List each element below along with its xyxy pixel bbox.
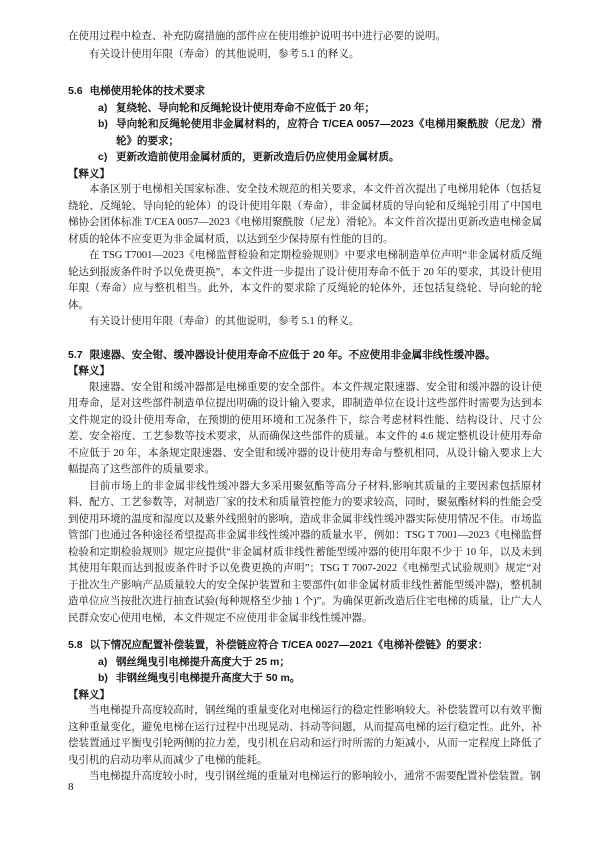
- item-label: b): [98, 670, 116, 687]
- clause-5-7-heading: 5.7限速器、安全钳、缓冲器设计使用寿命不应低于 20 年。不应使用非金属非线性…: [68, 347, 542, 364]
- item-text: 非钢丝绳曳引电梯提升高度大于 50 m。: [116, 670, 542, 687]
- clause-5-6-number: 5.6: [68, 83, 83, 100]
- clause-5-6-list: a) 复绕轮、导向轮和反绳轮设计使用寿命不应低于 20 年； b) 导向轮和反绳…: [68, 100, 542, 166]
- clause-5-6-title: 电梯使用轮体的技术要求: [90, 85, 206, 97]
- clause-5-7-interpretation-paragraph: 限速器、安全钳和缓冲器都是电梯重要的安全部件。本文件规定限速器、安全钳和缓冲器的…: [68, 380, 542, 479]
- item-text: 复绕轮、导向轮和反绳轮设计使用寿命不应低于 20 年；: [116, 100, 542, 117]
- item-text: 更新改造前使用金属材质的，更新改造后仍应使用金属材质。: [116, 149, 542, 166]
- clause-5-6-interpretation-label: 【释义】: [68, 166, 542, 183]
- clause-5-6-item-a: a) 复绕轮、导向轮和反绳轮设计使用寿命不应低于 20 年；: [68, 100, 542, 117]
- clause-5-8-interpretation-label: 【释义】: [68, 687, 542, 704]
- clause-5-8-interpretation-paragraph: 当电梯提升高度较小时，曳引钢丝绳的重量对电梯运行的影响较小，通常不需要配置补偿装…: [68, 769, 542, 786]
- clause-5-7: 5.7限速器、安全钳、缓冲器设计使用寿命不应低于 20 年。不应使用非金属非线性…: [68, 347, 542, 628]
- item-label: a): [98, 100, 116, 117]
- item-label: b): [98, 116, 116, 149]
- clause-5-8-heading: 5.8以下情况应配置补偿装置，补偿链应符合 T/CEA 0027—2021《电梯…: [68, 637, 542, 654]
- page-content: 在使用过程中检查、补充防腐措施的部件应在使用维护说明书中进行必要的说明。 有关设…: [68, 28, 542, 786]
- clause-5-8: 5.8以下情况应配置补偿装置，补偿链应符合 T/CEA 0027—2021《电梯…: [68, 637, 542, 786]
- clause-5-8-list: a) 钢丝绳曳引电梯提升高度大于 25 m； b) 非钢丝绳曳引电梯提升高度大于…: [68, 654, 542, 687]
- clause-5-7-title: 限速器、安全钳、缓冲器设计使用寿命不应低于 20 年。不应使用非金属非线性缓冲器…: [90, 349, 496, 361]
- clause-5-6-interpretation-paragraph: 本条区别于电梯相关国家标准、安全技术规范的相关要求，本文件首次提出了电梯用轮体（…: [68, 182, 542, 248]
- intro-block: 在使用过程中检查、补充防腐措施的部件应在使用维护说明书中进行必要的说明。 有关设…: [68, 28, 542, 63]
- clause-5-7-interpretation-paragraph: 目前市场上的非金属非线性缓冲器大多采用聚氨酯等高分子材料,影响其质量的主要因素包…: [68, 479, 542, 628]
- clause-5-8-item-b: b) 非钢丝绳曳引电梯提升高度大于 50 m。: [68, 670, 542, 687]
- intro-note-text: 有关设计使用年限（寿命）的其他说明，参考 5.1 的释义。: [68, 46, 542, 64]
- item-label: c): [98, 149, 116, 166]
- clause-5-8-title: 以下情况应配置补偿装置，补偿链应符合 T/CEA 0027—2021《电梯补偿链…: [90, 639, 489, 651]
- document-page: 在使用过程中检查、补充防腐措施的部件应在使用维护说明书中进行必要的说明。 有关设…: [0, 0, 600, 848]
- clause-5-7-number: 5.7: [68, 347, 83, 364]
- page-number: 8: [68, 781, 74, 794]
- clause-5-6-heading: 5.6电梯使用轮体的技术要求: [68, 83, 542, 100]
- item-text: 钢丝绳曳引电梯提升高度大于 25 m；: [116, 654, 542, 671]
- clause-5-7-interpretation-label: 【释义】: [68, 363, 542, 380]
- clause-5-8-number: 5.8: [68, 637, 83, 654]
- item-label: a): [98, 654, 116, 671]
- clause-5-6: 5.6电梯使用轮体的技术要求 a) 复绕轮、导向轮和反绳轮设计使用寿命不应低于 …: [68, 83, 542, 331]
- clause-5-6-item-b: b) 导向轮和反绳轮使用非金属材料的，应符合 T/CEA 0057—2023《电…: [68, 116, 542, 149]
- clause-5-8-interpretation-paragraph: 当电梯提升高度较高时，钢丝绳的重量变化对电梯运行的稳定性影响较大。补偿装置可以有…: [68, 703, 542, 769]
- clause-5-8-item-a: a) 钢丝绳曳引电梯提升高度大于 25 m；: [68, 654, 542, 671]
- clause-5-6-item-c: c) 更新改造前使用金属材质的，更新改造后仍应使用金属材质。: [68, 149, 542, 166]
- intro-continuation-text: 在使用过程中检查、补充防腐措施的部件应在使用维护说明书中进行必要的说明。: [68, 28, 542, 46]
- item-text: 导向轮和反绳轮使用非金属材料的，应符合 T/CEA 0057—2023《电梯用聚…: [116, 116, 542, 149]
- clause-5-6-interpretation-paragraph: 在 TSG T7001—2023《电梯监督检验和定期检验规则》中要求电梯制造单位…: [68, 248, 542, 314]
- clause-5-6-interpretation-paragraph: 有关设计使用年限（寿命）的其他说明，参考 5.1 的释义。: [68, 314, 542, 331]
